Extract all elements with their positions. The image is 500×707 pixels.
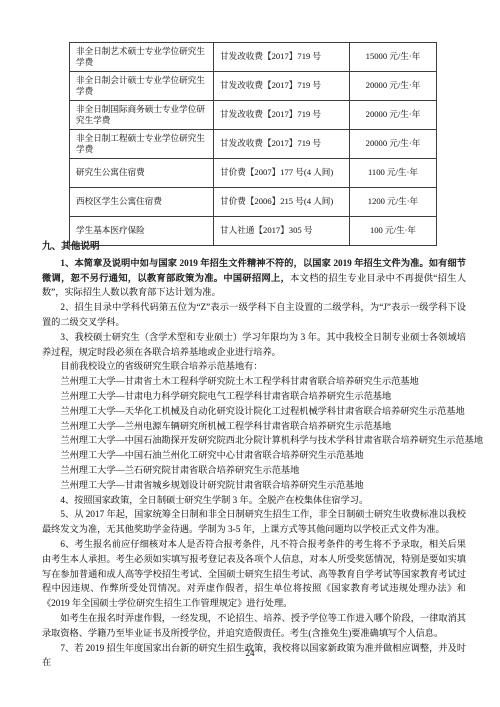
fee-table: 非全日制艺术硕士专业学位研究生学费 甘发改收费【2017】719 号 15000… <box>69 42 437 246</box>
fee-basis-cell: 甘发改收费【2017】719 号 <box>214 130 350 159</box>
base-list-item: 兰州理工大学—中国石油勘探开发研究院西北分院计算机科学与技术学科甘肃省联合培养研… <box>42 433 466 448</box>
page-number: 24 <box>0 648 500 658</box>
fee-item-cell: 研究生公寓住宿费 <box>70 159 214 188</box>
base-list-item: 兰州理工大学—天华化工机械及自动化研究设计院化工过程机械学科甘肃省联合培养研究生… <box>42 404 466 419</box>
base-list-item: 兰州理工大学—甘肃省土木工程科学研究院土木工程学科甘肃省联合培养研究生示范基地 <box>42 374 466 389</box>
table-row: 非全日制工程硕士专业学位研究生学费 甘发改收费【2017】719 号 20000… <box>70 130 437 159</box>
fee-basis-cell: 甘发改收费【2017】719 号 <box>214 72 350 101</box>
fee-amount-cell: 1100 元/生·年 <box>349 159 436 188</box>
bases-intro: 目前我校设立的省级研究生联合培养示范基地有： <box>42 359 466 374</box>
fee-item-cell: 非全日制会计硕士专业学位研究生学费 <box>70 72 214 101</box>
base-list-item: 兰州理工大学—甘肃省城乡规划设计研究院甘肃省联合培养研究生示范基地 <box>42 478 466 493</box>
fee-amount-cell: 20000 元/生·年 <box>349 72 436 101</box>
base-list-item: 兰州理工大学—甘肃电力科学研究院电气工程学科甘肃省联合培养研究生示范基地 <box>42 389 466 404</box>
note-paragraph-4: 4、按照国家政策，全日制硕士研究生学制 3 年。全脱产在校集体住宿学习。 <box>42 493 466 508</box>
table-row: 研究生公寓住宿费 甘价费【2007】177 号(4 人间) 1100 元/生·年 <box>70 159 437 188</box>
section-heading: 九、其他说明 <box>42 240 466 255</box>
fee-item-cell: 非全日制艺术硕士专业学位研究生学费 <box>70 43 214 72</box>
other-notes-section: 九、其他说明 1、本简章及说明中如与国家 2019 年招生文件精神不符的，以国家… <box>42 240 466 670</box>
note-paragraph-5: 5、从 2017 年起，国家统筹全日制和非全日制研究生招生工作，非全日制硕士研究… <box>42 507 466 537</box>
fee-basis-cell: 甘价费【2007】177 号(4 人间) <box>214 159 350 188</box>
fee-amount-cell: 20000 元/生·年 <box>349 130 436 159</box>
document-page: 非全日制艺术硕士专业学位研究生学费 甘发改收费【2017】719 号 15000… <box>0 0 500 707</box>
fee-amount-cell: 20000 元/生·年 <box>349 101 436 130</box>
fee-item-cell: 西校区学生公寓住宿费 <box>70 188 214 217</box>
base-list-item: 兰州理工大学—兰石研究院甘肃省联合培养研究生示范基地 <box>42 463 466 478</box>
note-paragraph-6b: 如考生在报名时弄虚作假，一经发现，不论招生、培养、授予学位等工作进入哪个阶段，一… <box>42 611 466 641</box>
note-paragraph-3: 3、我校硕士研究生（含学术型和专业硕士）学习年限均为 3 年。其中我校全日制专业… <box>42 330 466 360</box>
table-row: 非全日制会计硕士专业学位研究生学费 甘发改收费【2017】719 号 20000… <box>70 72 437 101</box>
table-row: 西校区学生公寓住宿费 甘价费【2006】215 号(4 人间) 1200 元/生… <box>70 188 437 217</box>
fee-item-cell: 非全日制国际商务硕士专业学位研究生学费 <box>70 101 214 130</box>
fee-amount-cell: 15000 元/生·年 <box>349 43 436 72</box>
fee-item-cell: 非全日制工程硕士专业学位研究生学费 <box>70 130 214 159</box>
fee-table-container: 非全日制艺术硕士专业学位研究生学费 甘发改收费【2017】719 号 15000… <box>69 42 437 246</box>
base-list-item: 兰州理工大学—兰州电源车辆研究所机械工程学科甘肃省联合培养研究生示范基地 <box>42 419 466 434</box>
note-paragraph-6: 6、考生报名前应仔细核对本人是否符合报考条件，凡不符合报考条件的考生将不予录取，… <box>42 537 466 611</box>
fee-basis-cell: 甘发改收费【2017】719 号 <box>214 101 350 130</box>
fee-amount-cell: 1200 元/生·年 <box>349 188 436 217</box>
table-row: 非全日制艺术硕士专业学位研究生学费 甘发改收费【2017】719 号 15000… <box>70 43 437 72</box>
note-paragraph-2: 2、招生目录中学科代码第五位为“Z”表示一级学科下自主设置的二级学科，为“J”表… <box>42 300 466 330</box>
fee-basis-cell: 甘发改收费【2017】719 号 <box>214 43 350 72</box>
table-row: 非全日制国际商务硕士专业学位研究生学费 甘发改收费【2017】719 号 200… <box>70 101 437 130</box>
note-paragraph-1: 1、本简章及说明中如与国家 2019 年招生文件精神不符的，以国家 2019 年… <box>42 256 466 300</box>
fee-basis-cell: 甘价费【2006】215 号(4 人间) <box>214 188 350 217</box>
base-list: 兰州理工大学—甘肃省土木工程科学研究院土木工程学科甘肃省联合培养研究生示范基地 … <box>42 374 466 492</box>
base-list-item: 兰州理工大学—中国石油兰州化工研究中心甘肃省联合培养研究生示范基地 <box>42 448 466 463</box>
